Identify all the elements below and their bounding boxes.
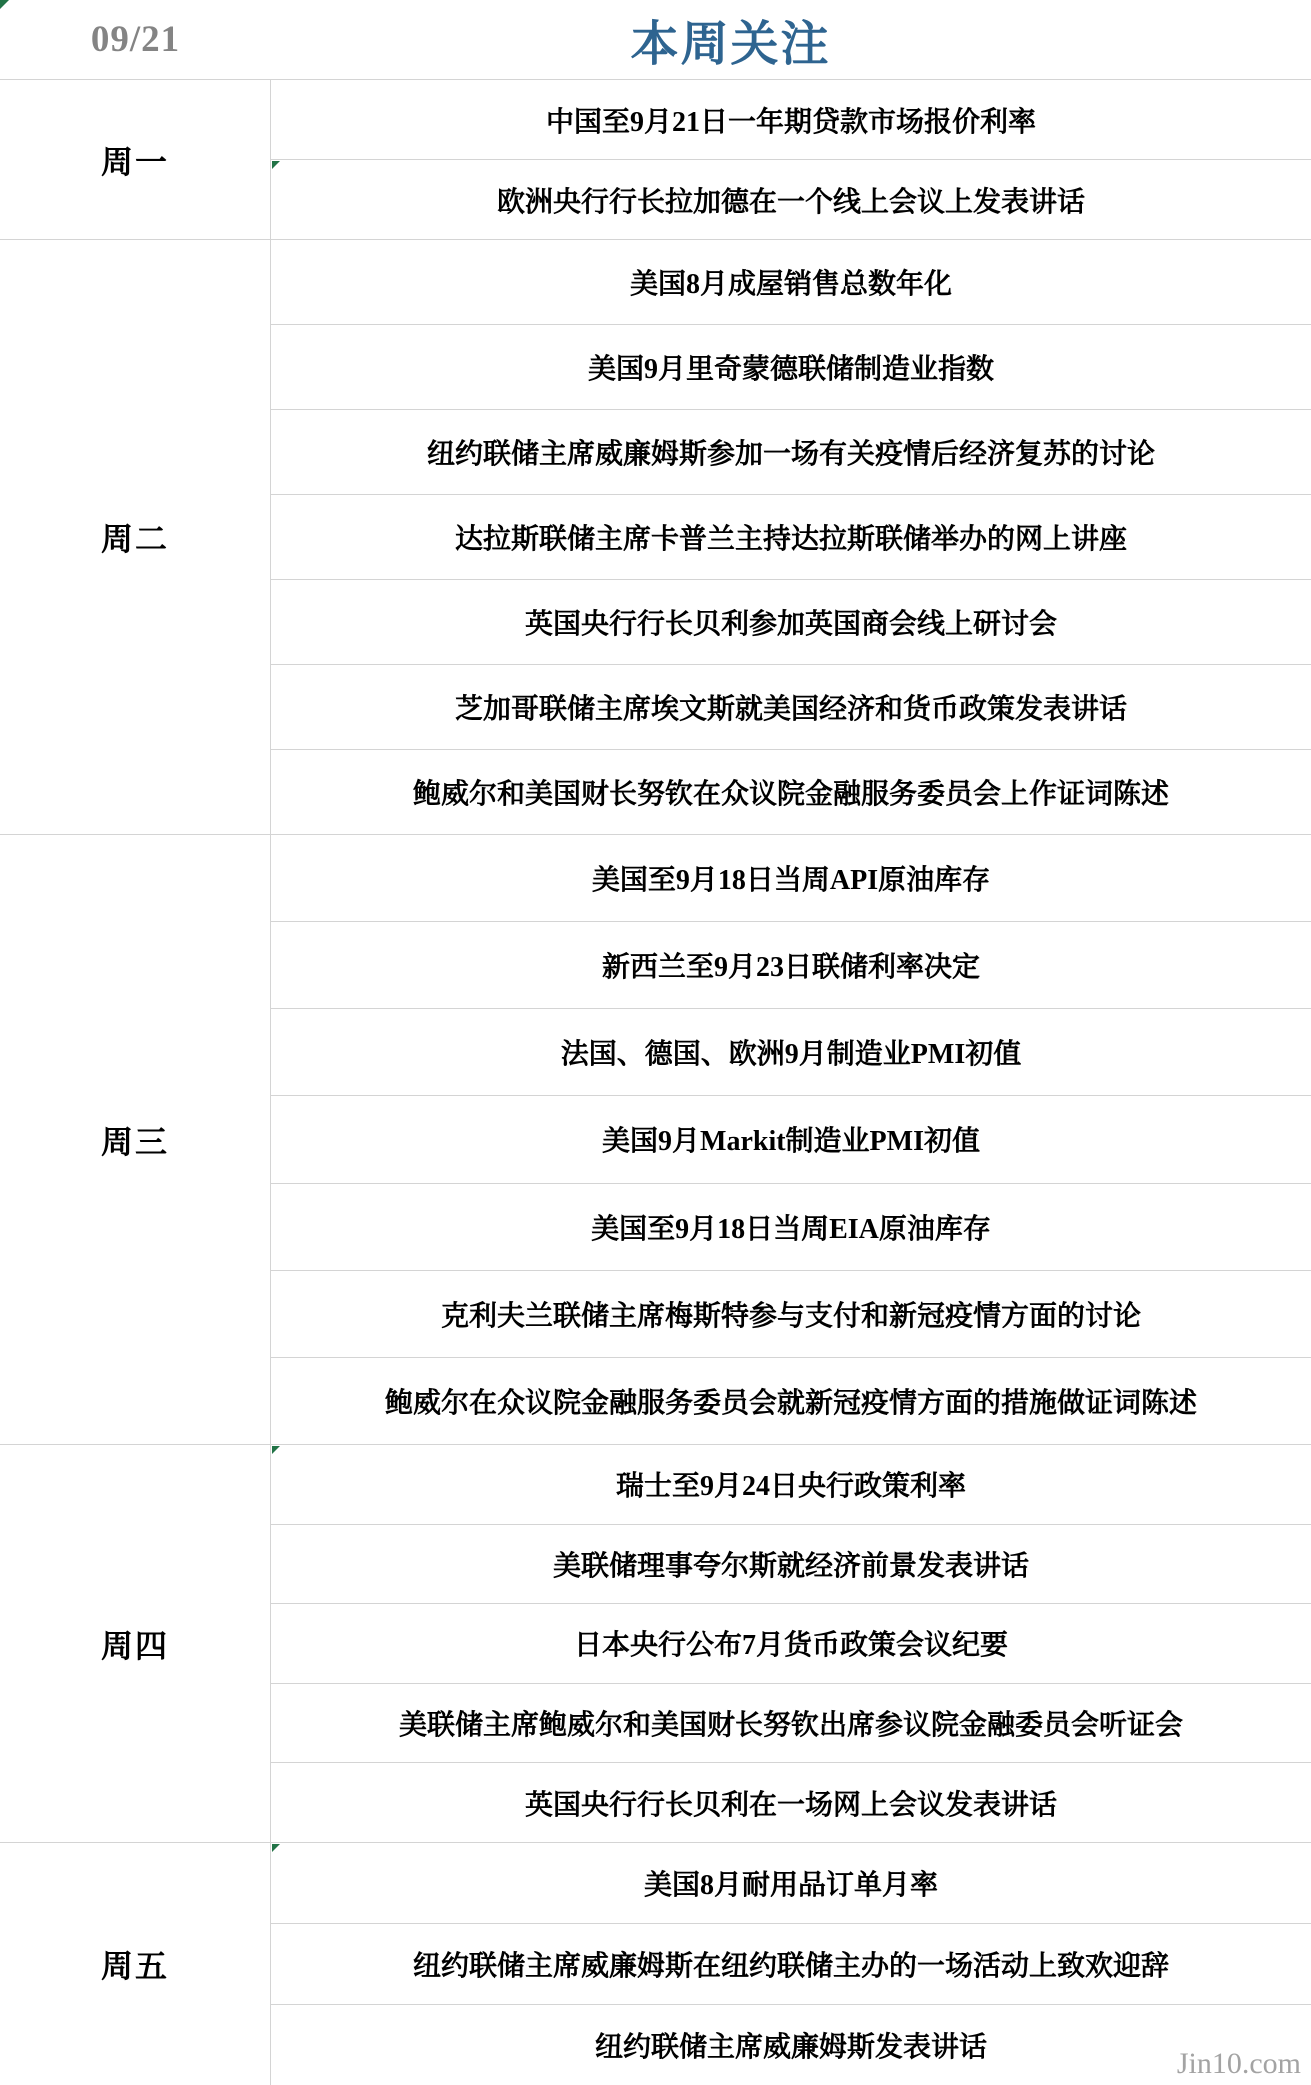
event-text: 美国至9月18日当周EIA原油库存 [591, 1207, 991, 1247]
header-row: 09/21 本周关注 [0, 0, 1311, 80]
event-text: 美国至9月18日当周API原油库存 [592, 858, 990, 898]
cell-corner-marker-icon [272, 161, 280, 169]
event-text: 芝加哥联储主席埃文斯就美国经济和货币政策发表讲话 [455, 687, 1127, 727]
event-text: 英国央行行长贝利参加英国商会线上研讨会 [525, 602, 1057, 642]
event-text: 纽约联储主席威廉姆斯在纽约联储主办的一场活动上致欢迎辞 [413, 1944, 1169, 1984]
sheet-corner-marker-icon [0, 0, 9, 9]
day-events: 美国8月耐用品订单月率纽约联储主席威廉姆斯在纽约联储主办的一场活动上致欢迎辞纽约… [271, 1843, 1311, 2085]
day-events: 中国至9月21日一年期贷款市场报价利率欧洲央行行长拉加德在一个线上会议上发表讲话 [271, 80, 1311, 239]
event-row: 法国、德国、欧洲9月制造业PMI初值 [271, 1008, 1311, 1095]
day-events: 瑞士至9月24日央行政策利率美联储理事夸尔斯就经济前景发表讲话日本央行公布7月货… [271, 1445, 1311, 1842]
day-label: 周四 [0, 1445, 271, 1842]
event-text: 瑞士至9月24日央行政策利率 [616, 1464, 966, 1504]
event-text: 美国9月里奇蒙德联储制造业指数 [588, 347, 994, 387]
event-row: 纽约联储主席威廉姆斯发表讲话 [271, 2004, 1311, 2085]
day-label: 周三 [0, 835, 271, 1444]
day-label-text: 周二 [101, 514, 169, 560]
event-row: 达拉斯联储主席卡普兰主持达拉斯联储举办的网上讲座 [271, 494, 1311, 579]
event-text: 美国9月Markit制造业PMI初值 [602, 1119, 980, 1159]
day-section: 周三美国至9月18日当周API原油库存新西兰至9月23日联储利率决定法国、德国、… [0, 835, 1311, 1445]
event-row: 日本央行公布7月货币政策会议纪要 [271, 1603, 1311, 1683]
event-row: 美国9月里奇蒙德联储制造业指数 [271, 324, 1311, 409]
event-row: 中国至9月21日一年期贷款市场报价利率 [271, 80, 1311, 159]
event-text: 新西兰至9月23日联储利率决定 [602, 945, 980, 985]
event-text: 美联储理事夸尔斯就经济前景发表讲话 [553, 1544, 1029, 1584]
day-section: 周五美国8月耐用品订单月率纽约联储主席威廉姆斯在纽约联储主办的一场活动上致欢迎辞… [0, 1843, 1311, 2085]
event-text: 美联储主席鲍威尔和美国财长努钦出席参议院金融委员会听证会 [399, 1703, 1183, 1743]
event-row: 克利夫兰联储主席梅斯特参与支付和新冠疫情方面的讨论 [271, 1270, 1311, 1357]
day-events: 美国8月成屋销售总数年化美国9月里奇蒙德联储制造业指数纽约联储主席威廉姆斯参加一… [271, 240, 1311, 834]
day-label: 周二 [0, 240, 271, 834]
event-row: 纽约联储主席威廉姆斯在纽约联储主办的一场活动上致欢迎辞 [271, 1923, 1311, 2004]
event-text: 达拉斯联储主席卡普兰主持达拉斯联储举办的网上讲座 [455, 517, 1127, 557]
event-row: 鲍威尔和美国财长努钦在众议院金融服务委员会上作证词陈述 [271, 749, 1311, 834]
day-label-text: 周四 [101, 1621, 169, 1667]
event-row: 芝加哥联储主席埃文斯就美国经济和货币政策发表讲话 [271, 664, 1311, 749]
event-row: 美国8月耐用品订单月率 [271, 1843, 1311, 1923]
page-title: 本周关注 [75, 0, 1311, 79]
cell-corner-marker-icon [272, 1446, 280, 1454]
event-row: 英国央行行长贝利在一场网上会议发表讲话 [271, 1762, 1311, 1842]
weekly-focus-calendar: 09/21 本周关注 周一中国至9月21日一年期贷款市场报价利率欧洲央行行长拉加… [0, 0, 1311, 2085]
event-text: 欧洲央行行长拉加德在一个线上会议上发表讲话 [497, 180, 1085, 220]
event-row: 纽约联储主席威廉姆斯参加一场有关疫情后经济复苏的讨论 [271, 409, 1311, 494]
day-events: 美国至9月18日当周API原油库存新西兰至9月23日联储利率决定法国、德国、欧洲… [271, 835, 1311, 1444]
day-section: 周一中国至9月21日一年期贷款市场报价利率欧洲央行行长拉加德在一个线上会议上发表… [0, 80, 1311, 240]
event-text: 鲍威尔和美国财长努钦在众议院金融服务委员会上作证词陈述 [413, 772, 1169, 812]
day-label-text: 周三 [101, 1117, 169, 1163]
event-row: 美国8月成屋销售总数年化 [271, 240, 1311, 324]
event-text: 纽约联储主席威廉姆斯参加一场有关疫情后经济复苏的讨论 [427, 432, 1155, 472]
day-section: 周四瑞士至9月24日央行政策利率美联储理事夸尔斯就经济前景发表讲话日本央行公布7… [0, 1445, 1311, 1843]
watermark: Jin10.com [1177, 2047, 1301, 2081]
event-row: 鲍威尔在众议院金融服务委员会就新冠疫情方面的措施做证词陈述 [271, 1357, 1311, 1444]
event-row: 美国至9月18日当周API原油库存 [271, 835, 1311, 921]
event-text: 纽约联储主席威廉姆斯发表讲话 [595, 2025, 987, 2065]
event-row: 欧洲央行行长拉加德在一个线上会议上发表讲话 [271, 159, 1311, 239]
day-label-text: 周一 [101, 137, 169, 183]
event-text: 美国8月耐用品订单月率 [644, 1863, 938, 1903]
event-text: 鲍威尔在众议院金融服务委员会就新冠疫情方面的措施做证词陈述 [385, 1381, 1197, 1421]
day-label: 周一 [0, 80, 271, 239]
day-label: 周五 [0, 1843, 271, 2085]
event-row: 美联储主席鲍威尔和美国财长努钦出席参议院金融委员会听证会 [271, 1683, 1311, 1763]
day-label-text: 周五 [101, 1941, 169, 1987]
event-text: 美国8月成屋销售总数年化 [630, 262, 952, 302]
event-text: 日本央行公布7月货币政策会议纪要 [574, 1623, 1008, 1663]
event-row: 瑞士至9月24日央行政策利率 [271, 1445, 1311, 1524]
event-text: 英国央行行长贝利在一场网上会议发表讲话 [525, 1783, 1057, 1823]
event-row: 新西兰至9月23日联储利率决定 [271, 921, 1311, 1008]
event-row: 美国至9月18日当周EIA原油库存 [271, 1183, 1311, 1270]
event-text: 克利夫兰联储主席梅斯特参与支付和新冠疫情方面的讨论 [441, 1294, 1141, 1334]
event-row: 英国央行行长贝利参加英国商会线上研讨会 [271, 579, 1311, 664]
cell-corner-marker-icon [272, 1844, 280, 1852]
event-text: 中国至9月21日一年期贷款市场报价利率 [546, 100, 1036, 140]
days-container: 周一中国至9月21日一年期贷款市场报价利率欧洲央行行长拉加德在一个线上会议上发表… [0, 80, 1311, 2085]
day-section: 周二美国8月成屋销售总数年化美国9月里奇蒙德联储制造业指数纽约联储主席威廉姆斯参… [0, 240, 1311, 835]
event-text: 法国、德国、欧洲9月制造业PMI初值 [561, 1032, 1021, 1072]
event-row: 美国9月Markit制造业PMI初值 [271, 1095, 1311, 1182]
event-row: 美联储理事夸尔斯就经济前景发表讲话 [271, 1524, 1311, 1604]
